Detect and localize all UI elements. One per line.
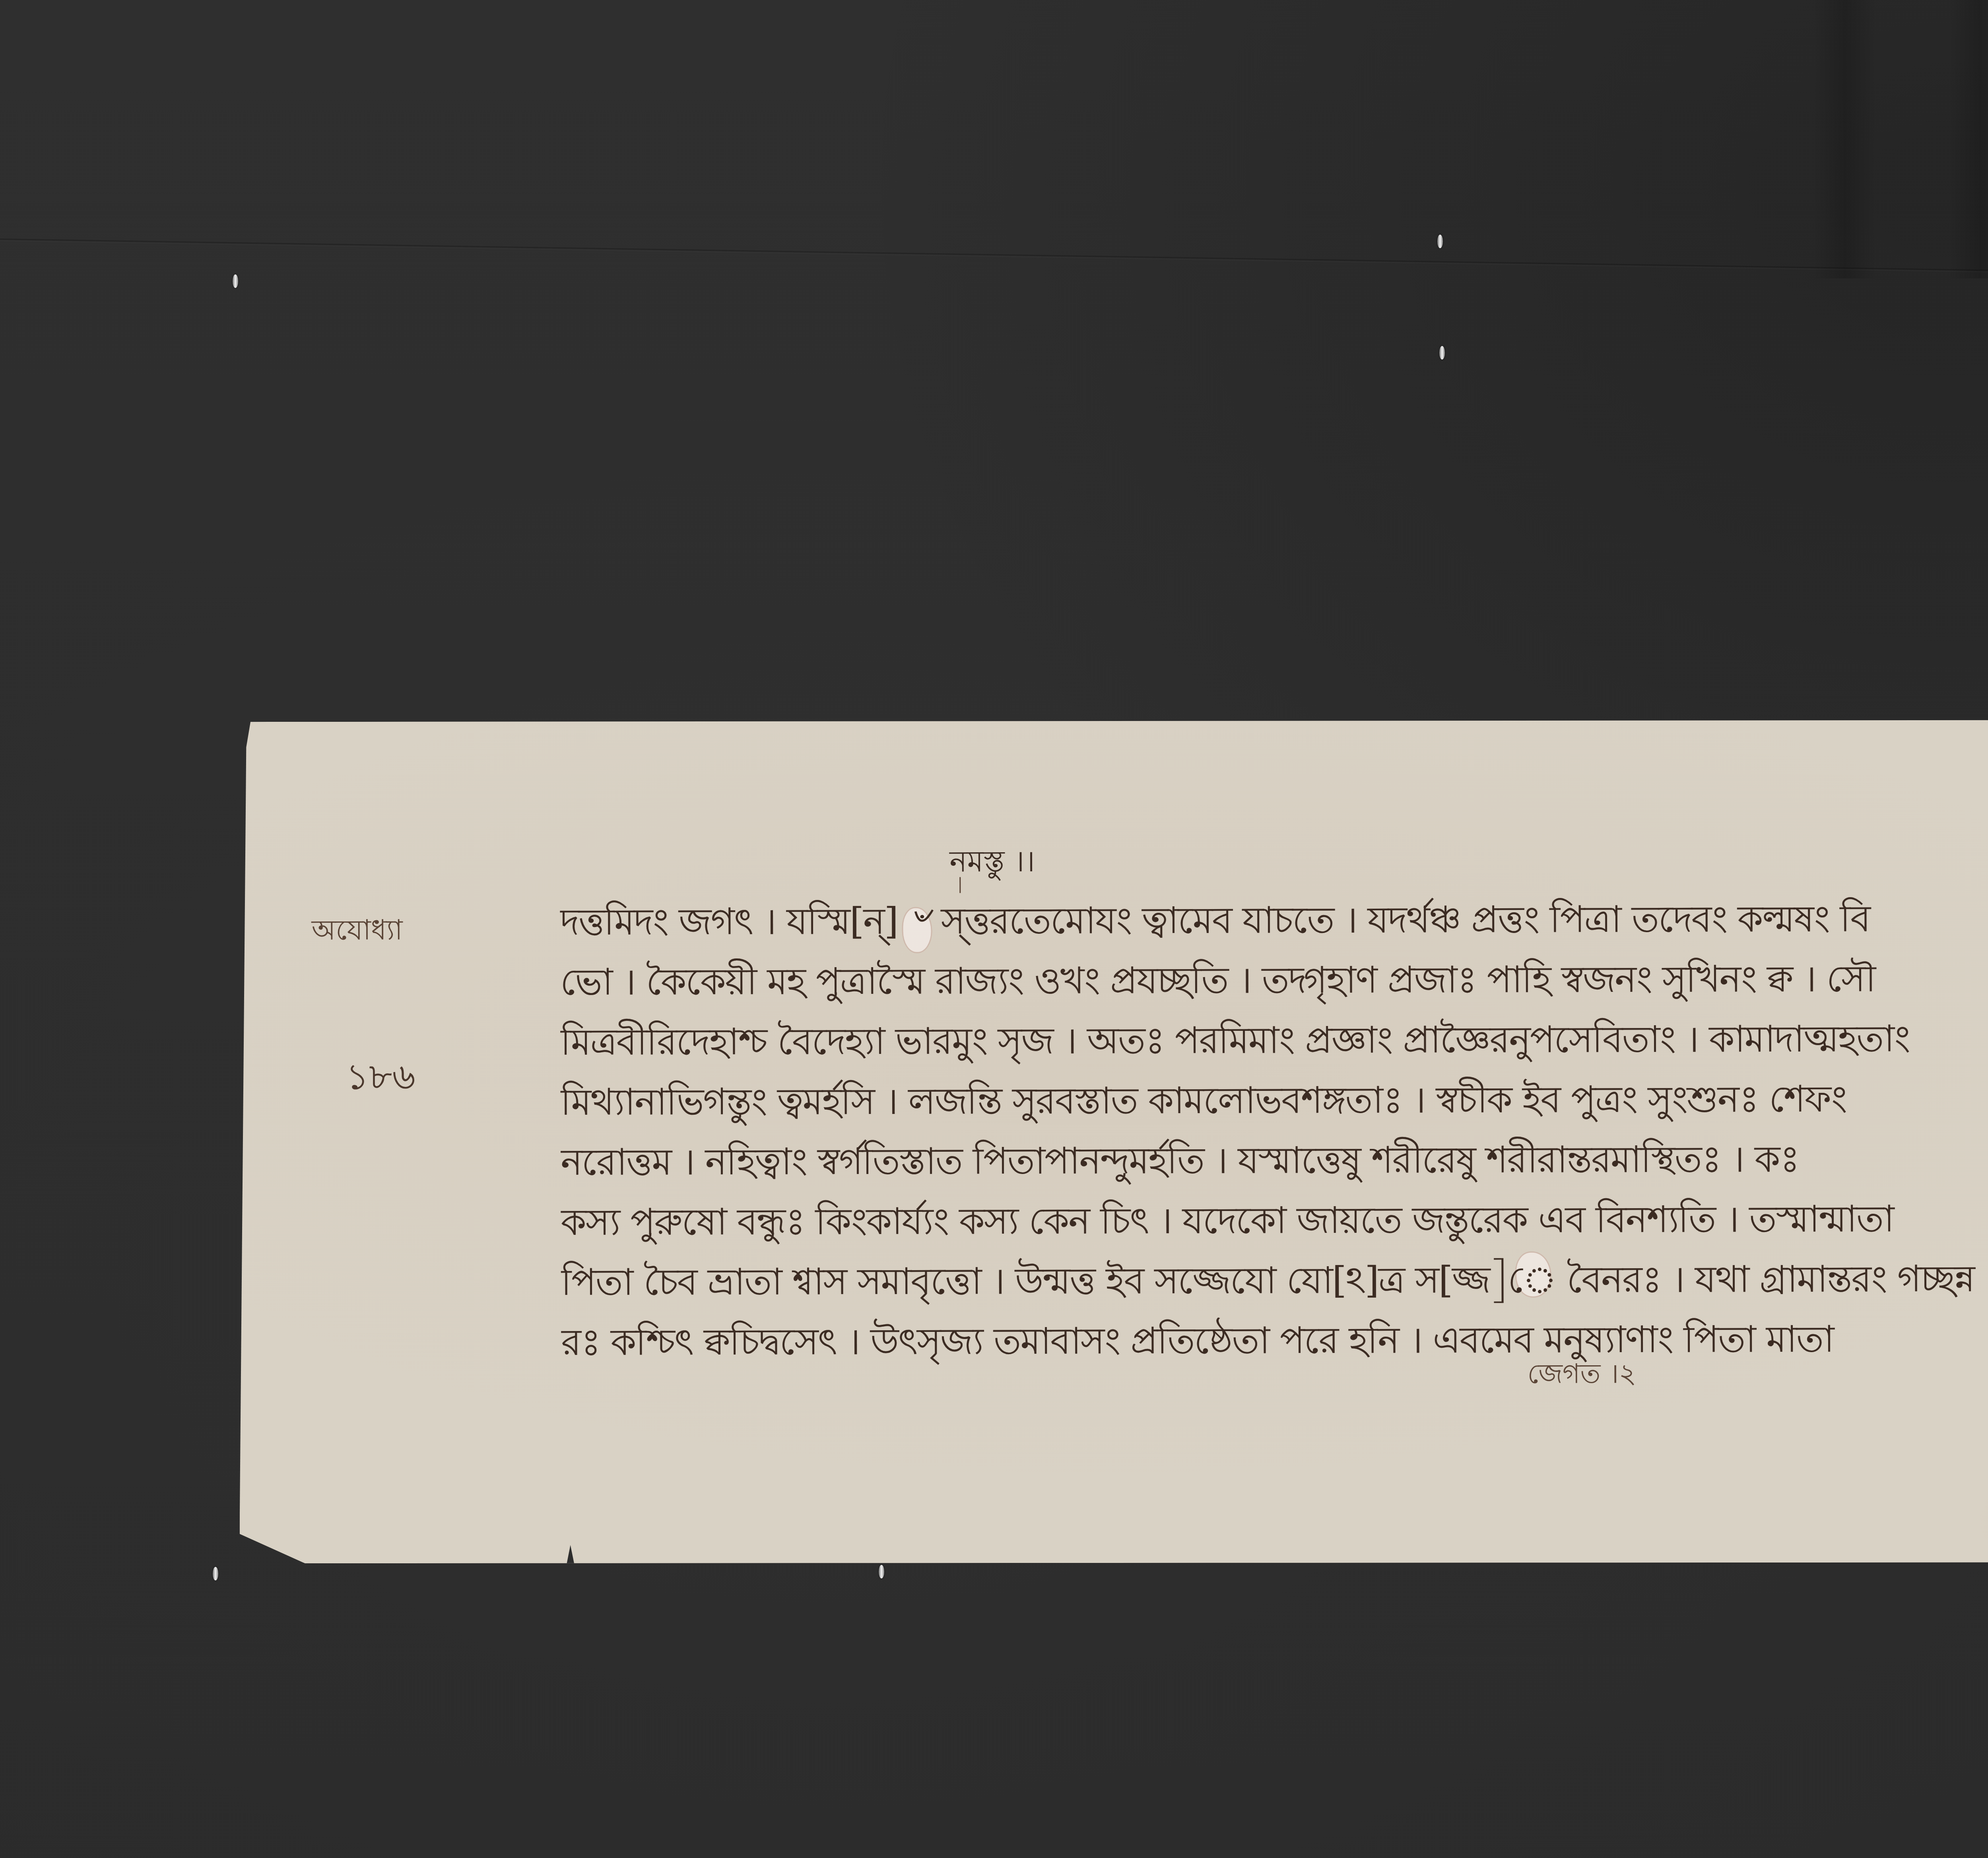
text-line: পিতা চৈব ভ্রাতা শ্বাস সমাবৃত্তো । উন্মত্… — [561, 1248, 1988, 1312]
mounting-pin — [1439, 346, 1445, 360]
mounting-pin — [1437, 235, 1443, 248]
text-line: রঃ কশ্চিৎ ক্বচিদ্বসেৎ । উৎসৃজ্য তমাবাসং … — [561, 1308, 1988, 1372]
insertion-caret — [959, 877, 961, 893]
interlinear-insertion-bottom: জেগত ।২ — [1527, 1353, 1636, 1398]
manuscript-leaf: অযোধ্যা ১৮৬ ৩২১ নমস্তু ।। দত্তমিদং জগৎ ।… — [237, 716, 1988, 1568]
board-streak — [1813, 0, 1877, 278]
mounting-pin — [233, 274, 238, 288]
mounting-pin — [879, 1565, 884, 1578]
margin-folio-left: ১৮৬ — [346, 1049, 415, 1109]
mounting-pin — [213, 1567, 218, 1580]
text-line: ভো । কৈকেয়ী মহ পুত্রাস্মৈ রাজ্যং ওখং প্… — [560, 948, 1988, 1012]
text-line: দত্তমিদং জগৎ । যস্মি[ন্] ৺ স্ত্তরতেমোযং … — [560, 888, 1988, 952]
text-line: নরোত্তম । নহিত্বাং স্বর্গতিস্তাত পিতাপান… — [561, 1128, 1988, 1192]
text-line: কস্য পুরুষো বন্ধুঃ কিংকার্য্যং কস্য কেন … — [561, 1188, 1988, 1252]
text-line: মিত্রবীরিদেহাশ্চ বৈদেহ্যা ভারমুং সৃজ । অ… — [560, 1008, 1988, 1072]
board-streak — [1948, 0, 1988, 278]
margin-title: অযোধ্যা — [311, 908, 403, 955]
manuscript-body: দত্তমিদং জগৎ । যস্মি[ন্] ৺ স্ত্তরতেমোযং … — [560, 888, 1988, 1372]
text-line: মিথ্যানাভিগন্তুং ত্বমর্হসি । লজন্তি সুরব… — [561, 1068, 1988, 1132]
interlinear-insertion-top: নমস্তু ।। — [949, 839, 1035, 888]
